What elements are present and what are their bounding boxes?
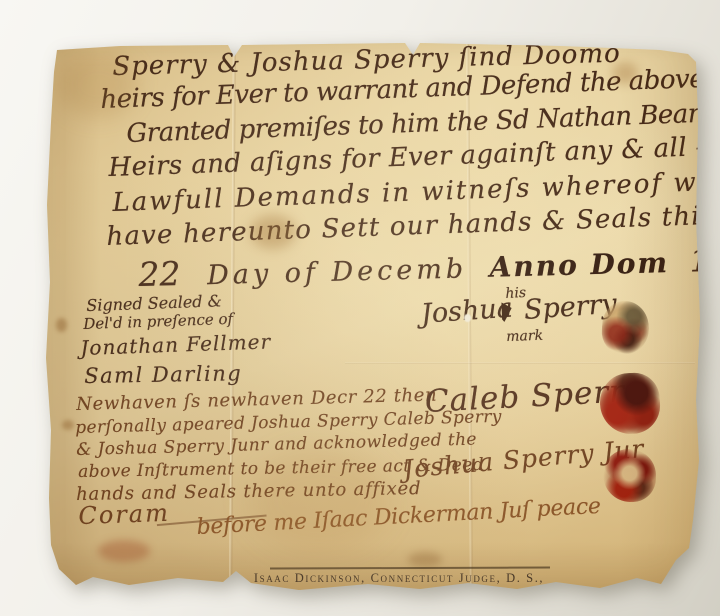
signature-caleb-sperry: Caleb Sperry [424, 373, 644, 420]
witness-line: Del'd in preſence of [83, 310, 233, 333]
stain-blot [408, 552, 442, 567]
signature-mark-label: mark [506, 328, 543, 345]
witness-signature-darling: Saml Darling [84, 361, 242, 388]
signature-joshua-last: Sperry [523, 289, 618, 326]
witness-signature-fellmer: Jonathan Fellmer [80, 329, 271, 360]
date-year: 1757 [689, 241, 720, 279]
stain-dot [62, 420, 74, 430]
stain-dot [56, 318, 67, 332]
fold-crease-horizontal [345, 362, 695, 364]
paper-shadow: Sperry & Joshua Sperry ſind Doomo heirs … [0, 0, 720, 616]
caption-text: Isaac Dickinson, Connecticut Judge, D. S… [254, 571, 544, 586]
deed-paper: Sperry & Joshua Sperry ſind Doomo heirs … [0, 0, 720, 616]
date-day: 22 [138, 254, 181, 294]
signature-joshua-first: Joshua [420, 293, 514, 330]
caption-strip: Isaac Dickinson, Connecticut Judge, D. S… [246, 569, 552, 587]
coram-label: Coram [78, 499, 170, 530]
date-middle: Day of Decemb [207, 253, 468, 291]
document-photo: Sperry & Joshua Sperry ſind Doomo heirs … [0, 0, 720, 616]
date-anno: Anno Dom [489, 246, 669, 284]
stain-smudge [98, 540, 150, 562]
